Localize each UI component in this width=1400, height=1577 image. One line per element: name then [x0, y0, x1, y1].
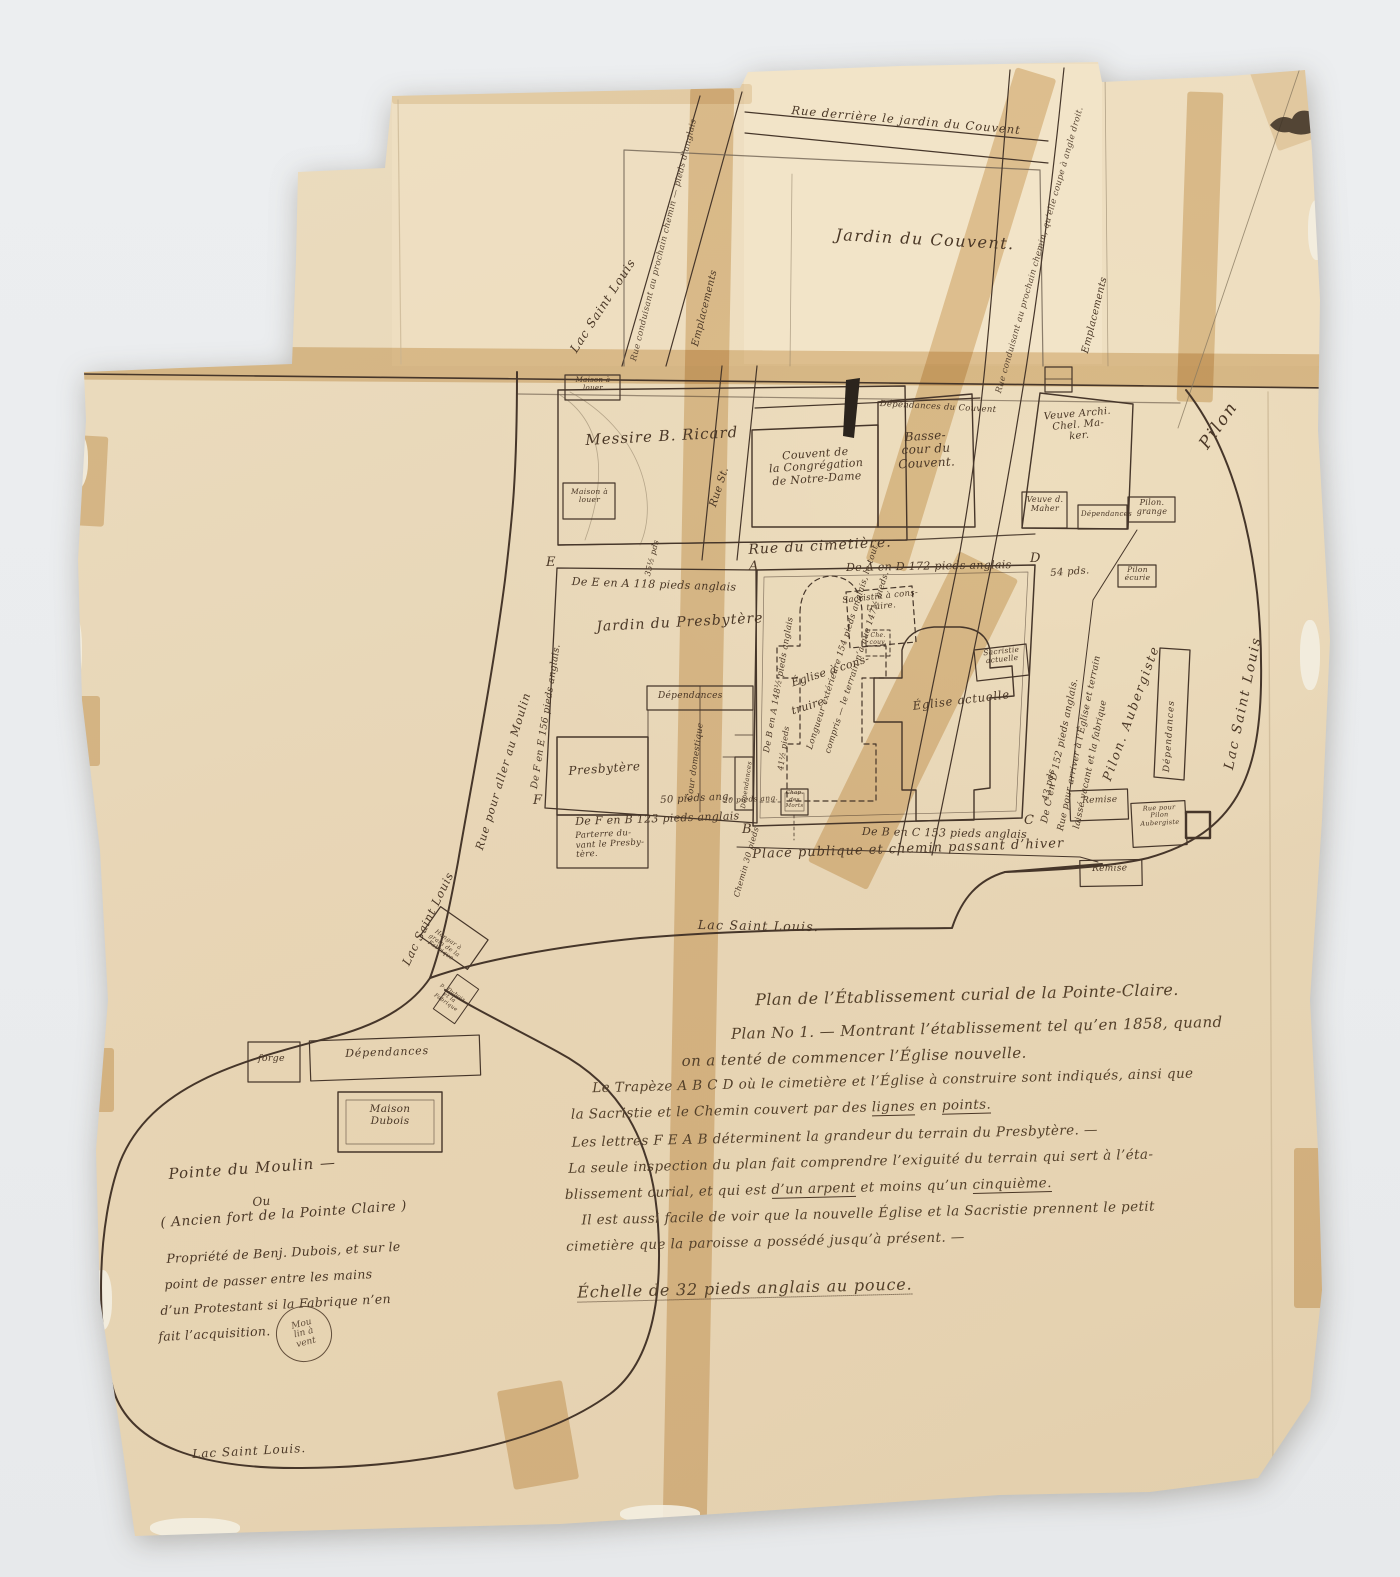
label-lac-mid: Lac Saint Louis. — [698, 918, 819, 934]
label-maison-a-louer-2: Maison àlouer — [567, 488, 612, 505]
small-box-north — [1045, 367, 1072, 392]
fold-line — [84, 374, 1332, 388]
label-basse-cour: Basse-cour duCouvent. — [885, 428, 967, 472]
ink-flourish — [1270, 111, 1319, 135]
label-remise-2: Remise — [1092, 864, 1127, 875]
convent-garden-outline — [624, 150, 1043, 366]
label-veuve-maher: Veuve d.Maher — [1025, 496, 1065, 514]
scanned-map-page: Rue derrière le jardin du Couvent Jardin… — [0, 0, 1400, 1577]
corner-letter-a: A — [749, 560, 759, 574]
pencil-diagonal-top-right — [1178, 62, 1302, 428]
pencil-curves-messire — [560, 392, 647, 545]
label-maison-a-louer-1: Maison àlouer — [570, 377, 616, 393]
label-parterre: Parterre du-vant le Presby-tère. — [575, 828, 656, 861]
torn-edge-patch — [66, 880, 88, 950]
label-dependances-box: Dépendances — [1081, 511, 1132, 519]
label-forge: forge — [258, 1054, 285, 1064]
corner-letter-f: F — [533, 794, 542, 808]
label-pilon-grange: Pilon.grange — [1132, 499, 1172, 517]
bold-square — [1186, 812, 1210, 838]
rue-st-lines — [702, 366, 757, 560]
paper-shadow: Rue derrière le jardin du Couvent Jardin… — [0, 0, 1400, 1577]
label-maison-dubois: MaisonDubois — [354, 1104, 426, 1128]
corner-letter-e: E — [546, 556, 556, 570]
label-remise-1: Remise — [1082, 796, 1118, 807]
label-pilon-ecurie: Pilonécurie — [1121, 566, 1154, 583]
label-chapelle-des-morts: Chap.desMorts — [784, 790, 805, 810]
jardin-presbytere-outline — [545, 568, 757, 823]
crease — [1268, 392, 1273, 1478]
corner-letter-d: D — [1030, 552, 1041, 566]
label-veuve-parcel: Veuve Archi.Chel. Ma-ker. — [1038, 405, 1119, 445]
label-dependances-presbytere: Dépendances — [658, 692, 723, 702]
small-court-lines — [723, 735, 753, 757]
torn-edge-patch — [60, 610, 82, 690]
label-rue-pour-pilon: Rue pourPilonAubergiste — [1136, 804, 1183, 828]
map-sheet: Rue derrière le jardin du Couvent Jardin… — [0, 0, 1400, 1577]
crease — [398, 100, 401, 364]
corner-letter-c: C — [1024, 814, 1034, 828]
label-couvent: Couvent dela Congrégationde Notre-Dame — [760, 444, 872, 489]
